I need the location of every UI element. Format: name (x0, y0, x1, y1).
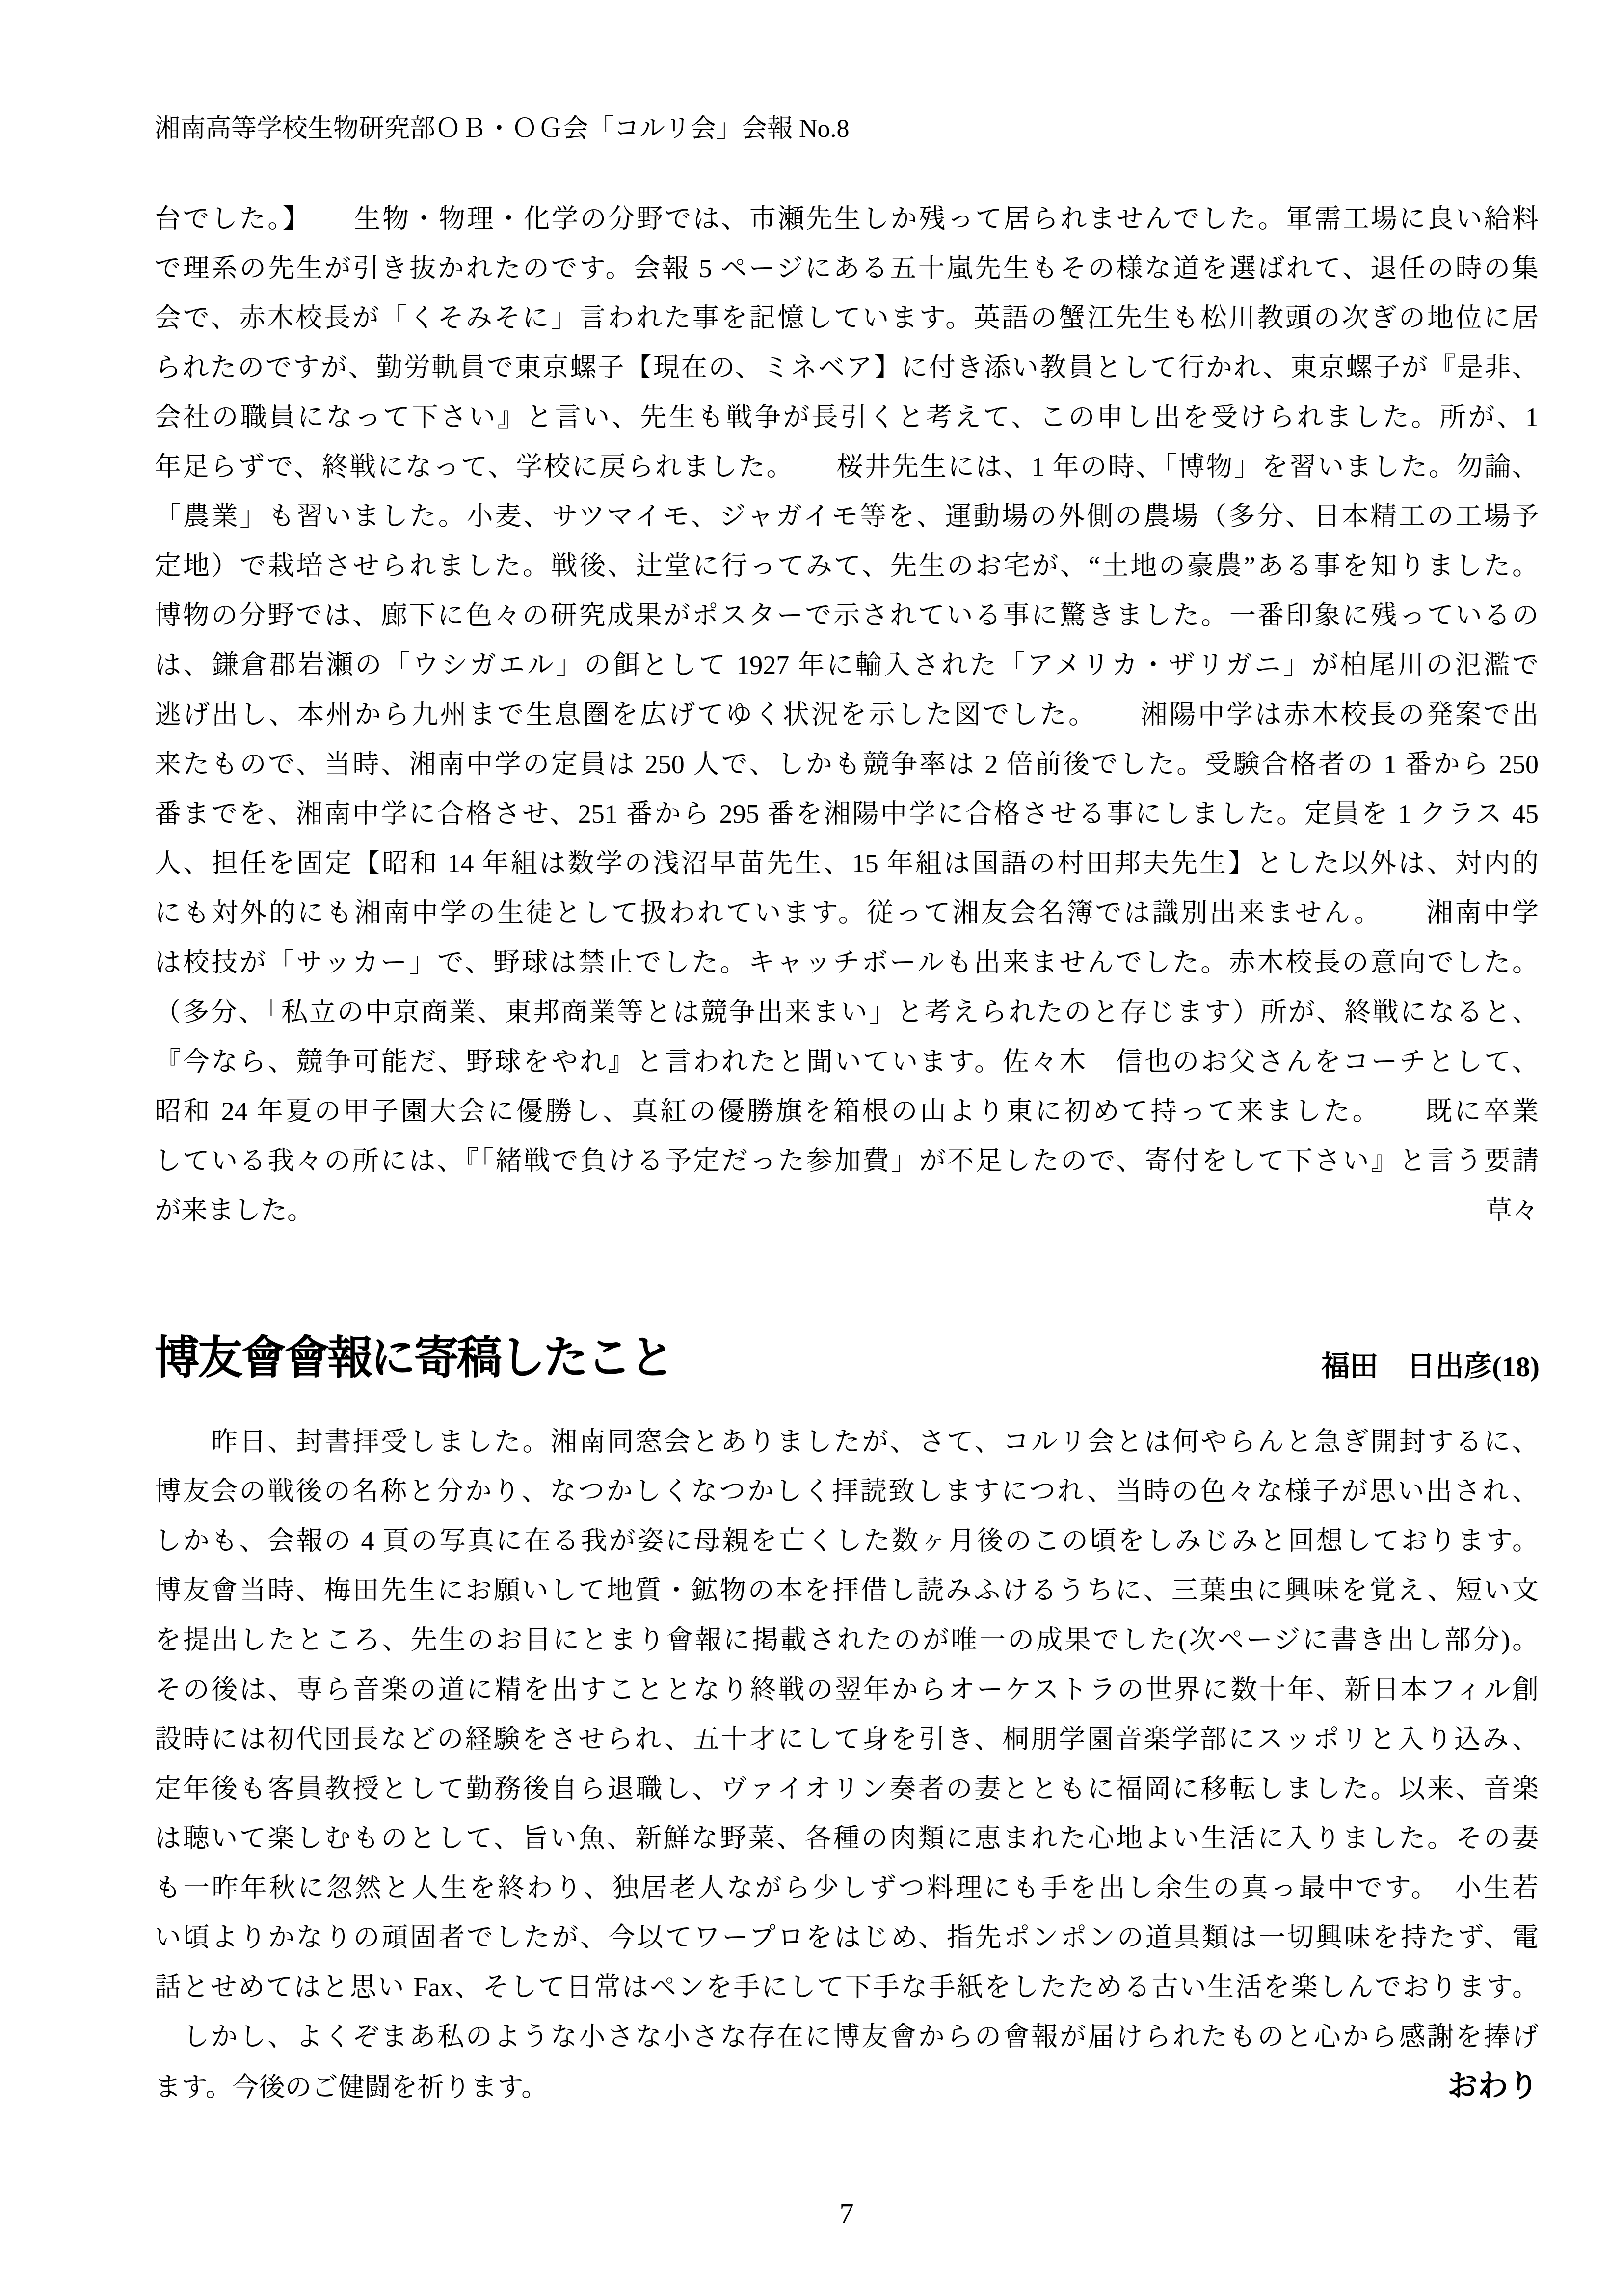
newsletter-header: 湘南高等学校生物研究部ＯＢ・ＯＧ会「コルリ会」会報 No.8 (155, 114, 850, 144)
text-line: 会で、赤木校長が「くそみそに」言われた事を記憶しています。英語の蟹江先生も松川教… (155, 294, 1539, 343)
article2-last-text: ます。今後のご健闘を祈ります。 (155, 2063, 548, 2112)
text-line: 人、担任を固定【昭和 14 年組は数学の浅沼早苗先生、15 年組は国語の村田邦夫… (155, 839, 1539, 889)
text-line: 台でした。】 生物・物理・化学の分野では、市瀬先生しか残って居られませんでした。… (155, 194, 1539, 244)
article2-body: 昨日、封書拝受しました。湘南同窓会とありましたが、さて、コルリ会とは何やらんと急… (155, 1417, 1539, 2112)
text-line: は聴いて楽しむものとして、旨い魚、新鮮な野菜、各種の肉類に恵まれた心地よい生活に… (155, 1814, 1539, 1864)
text-line: 博友會当時、梅田先生にお願いして地質・鉱物の本を拝借し読みふけるうちに、三葉虫に… (155, 1566, 1539, 1616)
text-line: 博友会の戦後の名称と分かり、なつかしくなつかしく拝読致しますにつれ、当時の色々な… (155, 1467, 1539, 1516)
text-line: 『今なら、競争可能だ、野球をやれ』と言われたと聞いています。佐々木 信也のお父さ… (155, 1037, 1539, 1087)
article2-closing: おわり (1447, 2062, 1539, 2111)
text-line: （多分、「私立の中京商業、東邦商業等とは競争出来まい」と考えられたのと存じます）… (155, 988, 1539, 1037)
text-line: 博物の分野では、廊下に色々の研究成果がポスターで示されている事に驚きました。一番… (155, 591, 1539, 641)
text-line: 逃げ出し、本州から九州まで生息圏を広げてゆく状況を示した図でした。 湘陽中学は赤… (155, 690, 1539, 740)
text-line: その後は、専ら音楽の道に精を出すこととなり終戦の翌年からオーケストラの世界に数十… (155, 1665, 1539, 1715)
article1-lines: 台でした。】 生物・物理・化学の分野では、市瀬先生しか残って居られませんでした。… (155, 194, 1539, 1186)
text-line: にも対外的にも湘南中学の生徒として扱われています。従って湘友会名簿では識別出来ま… (155, 889, 1539, 938)
article2-last-line: ます。今後のご健闘を祈ります。 おわり (155, 2062, 1539, 2112)
text-line: 話とせめてはと思い Fax、そして日常はペンを手にして下手な手紙をしたためる古い… (155, 1963, 1539, 2012)
article1-body: 台でした。】 生物・物理・化学の分野では、市瀬先生しか残って居られませんでした。… (155, 194, 1539, 1236)
article1-last-line: が来ました。 草々 (155, 1186, 1539, 1236)
text-line: しかも、会報の 4 頁の写真に在る我が姿に母親を亡くした数ヶ月後のこの頃をしみじ… (155, 1516, 1539, 1566)
article1-closing: 草々 (1486, 1186, 1539, 1236)
text-line: を提出したところ、先生のお目にとまり會報に掲載されたのが唯一の成果でした(次ペー… (155, 1616, 1539, 1665)
text-line: は校技が「サッカー」で、野球は禁止でした。キャッチボールも出来ませんでした。赤木… (155, 938, 1539, 988)
text-line: 昭和 24 年夏の甲子園大会に優勝し、真紅の優勝旗を箱根の山より東に初めて持って… (155, 1087, 1539, 1136)
text-line: 設時には初代団長などの経験をさせられ、五十才にして身を引き、桐朋学園音楽学部にス… (155, 1715, 1539, 1764)
text-line: 会社の職員になって下さい』と言い、先生も戦争が長引くと考えて、この申し出を受けら… (155, 393, 1539, 442)
text-line: 定年後も客員教授として勤務後自ら退職し、ヴァイオリン奏者の妻とともに福岡に移転し… (155, 1764, 1539, 1814)
text-line: で理系の先生が引き抜かれたのです。会報 5 ページにある五十嵐先生もその様な道を… (155, 244, 1539, 294)
page-number: 7 (155, 2197, 1539, 2230)
text-line: 番までを、湘南中学に合格させ、251 番から 295 番を湘陽中学に合格させる事… (155, 789, 1539, 839)
text-line: 「農業」も習いました。小麦、サツマイモ、ジャガイモ等を、運動場の外側の農場（多分… (155, 492, 1539, 541)
article1-last-text: が来ました。 (155, 1186, 314, 1236)
text-line: している我々の所には、『「緒戦で負ける予定だった参加費」が不足したので、寄付をし… (155, 1136, 1539, 1186)
article2-lines: 昨日、封書拝受しました。湘南同窓会とありましたが、さて、コルリ会とは何やらんと急… (155, 1417, 1539, 2062)
text-line: も一昨年秋に忽然と人生を終わり、独居老人ながら少しずつ料理にも手を出し余生の真っ… (155, 1864, 1539, 1913)
text-line: 来たもので、当時、湘南中学の定員は 250 人で、しかも競争率は 2 倍前後でし… (155, 740, 1539, 789)
text-line: 年足らずで、終戦になって、学校に戻られました。 桜井先生には、1 年の時、「博物… (155, 442, 1539, 492)
text-line: は、鎌倉郡岩瀬の「ウシガエル」の餌として 1927 年に輸入された「アメリカ・ザ… (155, 641, 1539, 690)
text-line: 昨日、封書拝受しました。湘南同窓会とありましたが、さて、コルリ会とは何やらんと急… (155, 1417, 1539, 1467)
text-line: 定地）で栽培させられました。戦後、辻堂に行ってみて、先生のお宅が、“土地の豪農”… (155, 541, 1539, 591)
article2-title: 博友會會報に寄稿したこと (155, 1327, 673, 1388)
text-line: しかし、よくぞまあ私のような小さな小さな存在に博友會からの會報が届けられたものと… (155, 2012, 1539, 2062)
document-page: { "page": { "header": "湘南高等学校生物研究部ＯＢ・ＯＧ会… (0, 0, 1623, 2296)
text-line: られたのですが、勤労軌員で東京螺子【現在の、ミネベア】に付き添い教員として行かれ… (155, 343, 1539, 393)
text-line: い頃よりかなりの頑固者でしたが、今以てワープロをはじめ、指先ポンポンの道具類は一… (155, 1913, 1539, 1963)
article2-author: 福田 日出彦(18) (1321, 1349, 1540, 1384)
